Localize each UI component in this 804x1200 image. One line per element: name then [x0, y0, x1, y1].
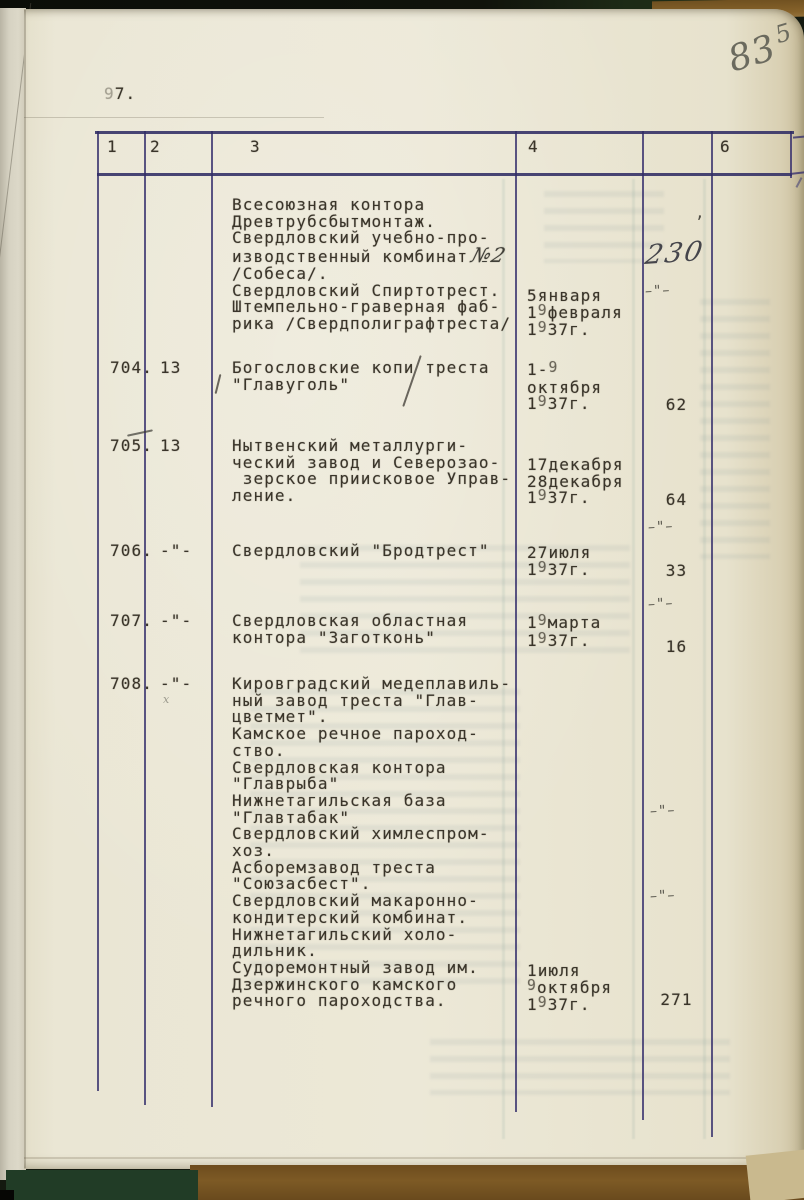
date-line: 1937г. — [527, 633, 601, 651]
margin-dash — [793, 135, 804, 138]
date-line: 1937г. — [527, 997, 612, 1015]
header-cell: 6 — [720, 139, 731, 156]
page-stack-edge — [0, 8, 26, 1180]
cell-reference: 13 — [160, 360, 181, 377]
date-line: 1937г. — [527, 490, 624, 508]
table-grid-line — [642, 131, 644, 1120]
cell-count: 271 — [642, 992, 711, 1009]
cell-entry-number: 706. — [110, 543, 153, 560]
cell-description: Свердловский "Бродтрест" — [232, 543, 490, 560]
header-cell: 4 — [528, 139, 539, 156]
pen-x-mark: х — [163, 693, 169, 706]
description-line: ство. — [232, 743, 511, 760]
header-cell: 1 — [107, 139, 118, 156]
cell-reference: -"- — [160, 613, 192, 630]
cell-entry-number: 704. — [110, 360, 153, 377]
description-line: Свердловский учебно-про- — [232, 230, 511, 247]
handwritten-count: 230 — [643, 236, 707, 271]
ditto-mark: –"– — [650, 887, 677, 904]
date-line: 1937г. — [527, 322, 623, 340]
pen-tick: , — [695, 203, 705, 222]
page-edge-shadow — [24, 10, 26, 1168]
table-grid-line — [97, 131, 99, 1091]
table-grid-line — [97, 173, 792, 176]
cell-description: Свердловская областнаяконтора "Заготконь… — [232, 613, 468, 646]
cell-reference: -"- — [160, 676, 192, 693]
description-line: изводственный комбинат№2 — [232, 247, 511, 266]
folder-bottom-left — [6, 1170, 198, 1200]
cell-dates: 1июля9октября1937г. — [527, 963, 612, 1015]
description-line: рика /Свердполиграфтреста/ — [232, 316, 511, 333]
cell-entry-number: 705. — [110, 438, 153, 455]
cell-entry-number: 708. — [110, 676, 153, 693]
description-line: Свердловский "Бродтрест" — [232, 543, 490, 560]
table-grid-line — [211, 131, 213, 1107]
binding-tape-bottom — [190, 1165, 804, 1200]
ditto-mark: –"– — [650, 802, 677, 819]
ditto-mark: –"– — [648, 518, 675, 535]
document-page: 835 97. 12346Всесоюзная контораДревтрубс… — [24, 9, 804, 1169]
page-number-faded-digit: 9 — [104, 84, 115, 103]
ditto-mark: –"– — [645, 282, 672, 299]
table-grid-line — [95, 131, 794, 134]
table-grid-line — [711, 131, 713, 1137]
header-cell: 2 — [150, 139, 161, 156]
date-line: 1937г. — [527, 562, 591, 580]
archive-document-photo: 835 97. 12346Всесоюзная контораДревтрубс… — [0, 0, 804, 1200]
cell-count: 33 — [642, 563, 711, 580]
cell-description: Богословские копи треста"Главуголь" — [232, 360, 490, 393]
date-line: 1937г. — [527, 396, 602, 414]
cell-description: Нытвенский металлурги-ческий завод и Сев… — [232, 438, 511, 505]
cell-reference: -"- — [160, 543, 192, 560]
cell-dates: 27июля1937г. — [527, 545, 591, 579]
description-line: "Главуголь" — [232, 377, 490, 394]
cell-dates: 17декабря28декабря1937г. — [527, 457, 624, 508]
table-grid-line — [790, 131, 792, 178]
cell-count: 16 — [642, 639, 711, 656]
ledger-table: 12346Всесоюзная контораДревтрубсбытмонта… — [97, 131, 804, 1161]
typed-page-number: 97. — [104, 86, 136, 103]
cell-dates: 19марта1937г. — [527, 615, 601, 650]
cell-description: Кировградский медеплавиль-ный завод трес… — [232, 676, 511, 1010]
ditto-mark: –"– — [648, 595, 675, 612]
faint-rule-line — [24, 117, 324, 118]
description-line: контора "Заготконь" — [232, 630, 468, 647]
margin-dash — [791, 171, 804, 175]
handwritten-sheet-number: 835 — [723, 23, 796, 81]
cell-dates: 1-9октября1937г. — [527, 362, 602, 414]
description-line: ление. — [232, 488, 511, 505]
sheet-number-superscript: 5 — [772, 18, 796, 50]
cell-count: 62 — [642, 397, 711, 414]
cell-dates: 5января19февраля1937г. — [527, 288, 623, 340]
handwritten-annotation: №2 — [470, 247, 508, 264]
table-grid-line — [515, 131, 517, 1112]
description-line: речного пароходства. — [232, 993, 511, 1010]
photo-edge-bottom-left — [0, 1190, 14, 1200]
pen-strike-small — [215, 374, 222, 394]
crumpled-page-corner — [746, 1148, 804, 1200]
description-line: /Собеса/. — [232, 266, 511, 283]
cell-entry-number: 707. — [110, 613, 153, 630]
paper-fold-line — [24, 1157, 804, 1159]
cell-reference: 13 — [160, 438, 181, 455]
margin-tick — [796, 177, 803, 188]
page-number-digit: 7. — [115, 84, 136, 103]
cell-count: 64 — [642, 492, 711, 509]
header-cell: 3 — [250, 139, 261, 156]
cell-description: Всесоюзная контораДревтрубсбытмонтаж.Све… — [232, 197, 511, 333]
sheet-number-main: 83 — [723, 27, 781, 80]
